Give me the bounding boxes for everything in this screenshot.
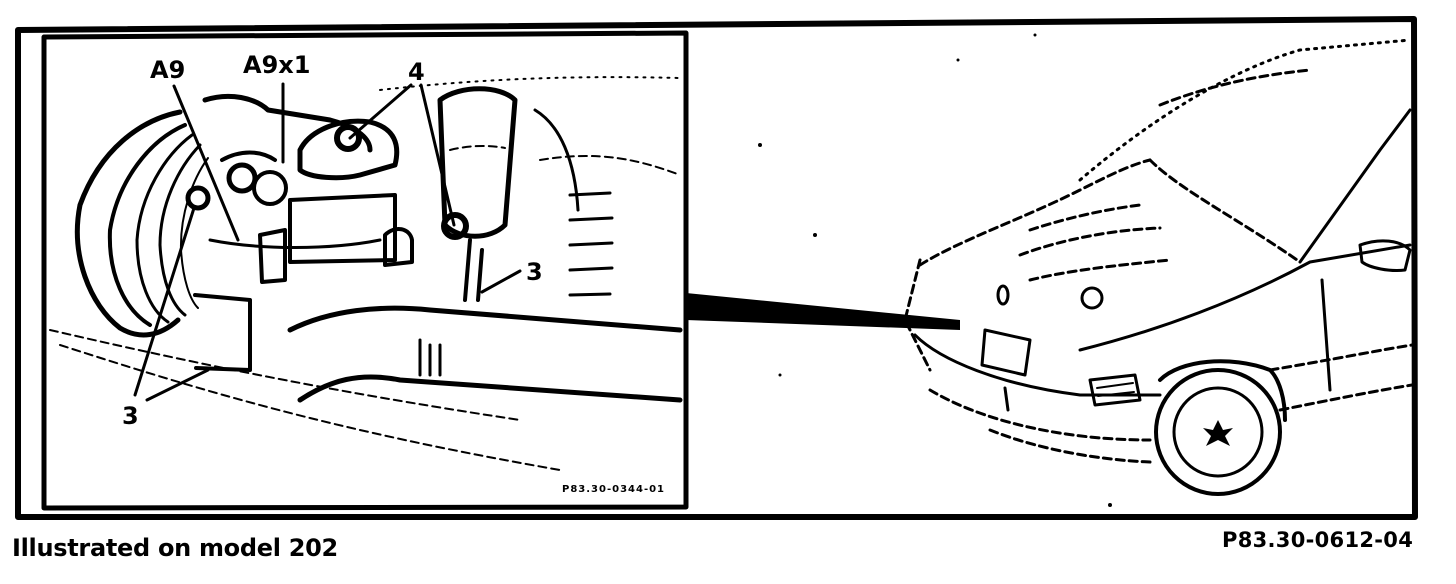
receiver-dryer — [440, 89, 515, 300]
inset-detail: A9 A9x1 4 3 3 P83.30-0344-01 — [44, 33, 686, 508]
inset-link-line — [686, 293, 960, 330]
noise-dots — [758, 34, 1112, 508]
condenser-fins — [535, 110, 612, 295]
callout-leaders — [135, 84, 520, 400]
front-wheel — [1156, 361, 1285, 494]
figure-reference-number: P83.30-0612-04 — [1222, 528, 1413, 552]
callout-4: 4 — [408, 58, 425, 86]
callout-a9x1: A9x1 — [243, 51, 310, 79]
callout-3-bottom: 3 — [122, 402, 139, 430]
callout-3-right: 3 — [526, 258, 543, 286]
figure-caption: Illustrated on model 202 — [12, 534, 338, 562]
inset-figure-ref: P83.30-0344-01 — [562, 484, 665, 495]
service-illustration: A9 A9x1 4 3 3 P83.30-0344-01 — [0, 0, 1456, 584]
outer-frame — [18, 19, 1415, 517]
car-overview — [758, 34, 1412, 508]
callout-a9: A9 — [150, 56, 185, 84]
refrigerant-hose — [290, 308, 680, 400]
